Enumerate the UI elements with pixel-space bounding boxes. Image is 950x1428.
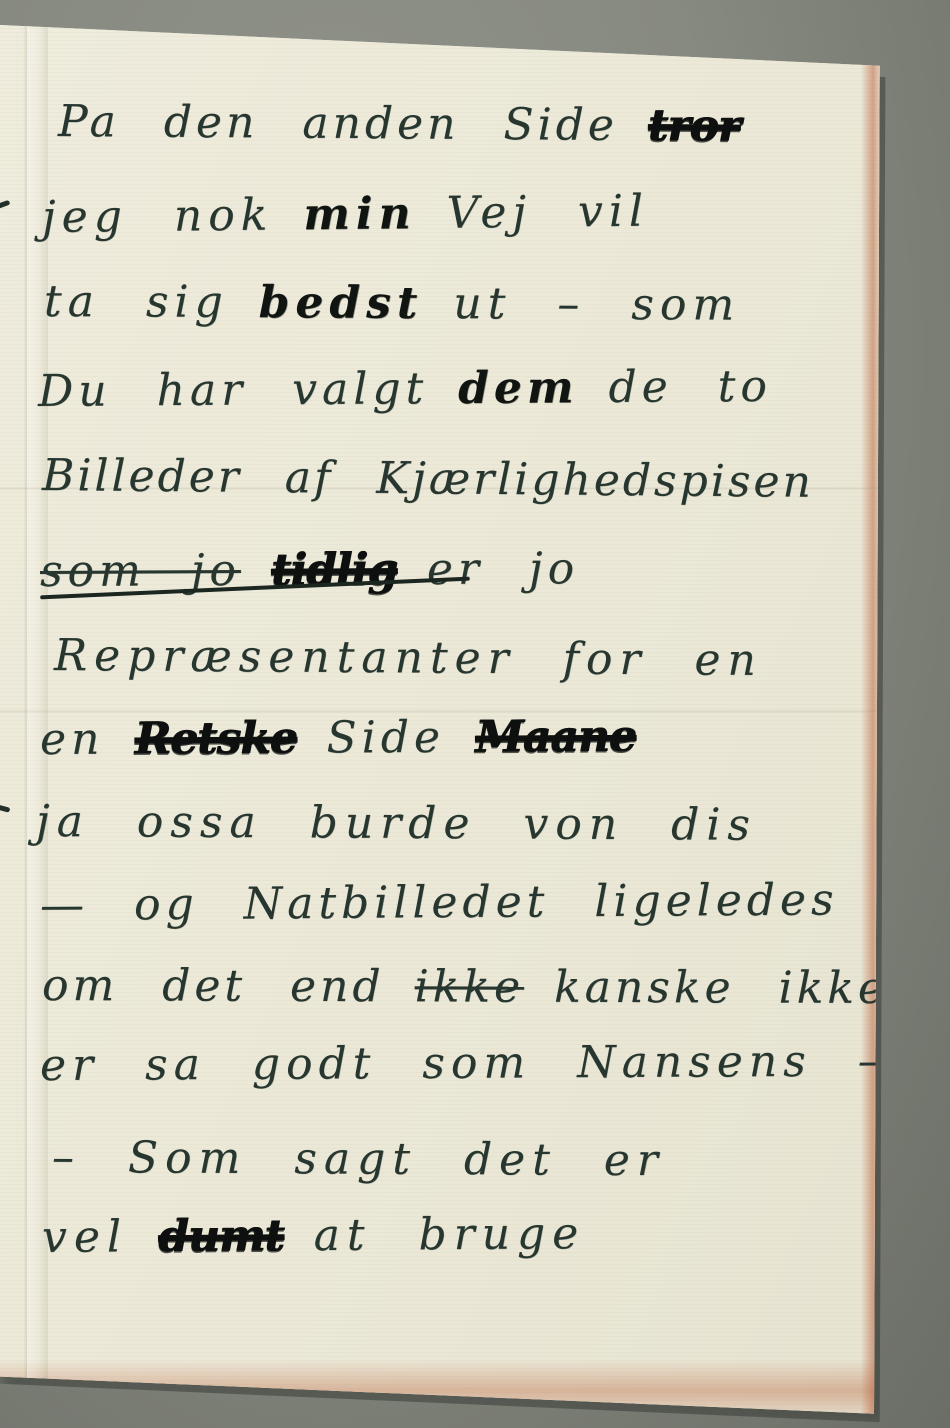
word-group: Vej vil (446, 186, 649, 239)
word-group: er sa godt som Nansens – (40, 1036, 886, 1091)
handwritten-line: er sa godt som Nansens – (40, 1036, 886, 1091)
stray-ink-mark (0, 804, 10, 812)
handwritten-line: Du har valgtdemde to (38, 361, 772, 417)
paper: Pa den anden Sidetrorjeg nokminVej vilta… (0, 0, 950, 1428)
word-group: ja ossa burde von dis (36, 796, 757, 851)
word-group: ta sig (44, 276, 229, 328)
handwritten-line: ta sigbedstut – som (44, 276, 740, 331)
scanned-letter-scene: Pa den anden Sidetrorjeg nokminVej vilta… (0, 0, 950, 1428)
word-group-scribble: tror (648, 100, 740, 152)
handwritten-line: — og Natbilledet ligeledes (40, 874, 839, 931)
word-group: kanske ikke (554, 962, 888, 1014)
handwritten-line: om det endikkekanske ikke (42, 960, 888, 1014)
word-group: Du har valgt (38, 363, 429, 417)
handwritten-line: Repræsentanter for en (54, 630, 763, 686)
word-group-struck: ikke (415, 961, 525, 1012)
word-group: – Som sagt det er (52, 1132, 665, 1186)
word-group-heavy: bedst (259, 277, 424, 329)
word-group: en (40, 714, 105, 765)
word-group-heavy: min (303, 188, 417, 240)
stray-ink-mark (0, 200, 10, 209)
word-group: — og Natbilledet ligeledes (40, 874, 839, 931)
handwritten-line: ja ossa burde von dis (36, 796, 757, 851)
handwritten-line: Pa den anden Sidetror (58, 96, 740, 152)
handwritten-line: som jotidliger jo (40, 543, 579, 597)
handwritten-line: – Som sagt det er (52, 1132, 665, 1186)
word-group-heavy: dem (458, 362, 579, 414)
word-group: Pa den anden Side (58, 96, 618, 151)
handwritten-line: jeg nokminVej vil (42, 186, 650, 243)
word-group-scribble: dumt (158, 1210, 284, 1262)
word-group: om det end (42, 960, 385, 1012)
word-group: Billeder af Kjærlighedspisen (42, 450, 814, 508)
word-group: ut – som (453, 278, 740, 331)
word-group: vel (42, 1211, 128, 1263)
word-group: at bruge (313, 1208, 585, 1261)
word-group: de to (608, 361, 772, 413)
handwritten-line: Billeder af Kjærlighedspisen (42, 450, 814, 508)
handwritten-line: veldumtat bruge (42, 1208, 586, 1263)
word-group: Side (326, 712, 445, 764)
word-group-scribble: Retske (134, 713, 296, 765)
word-group: jeg nok (42, 190, 274, 243)
word-group: Repræsentanter for en (54, 630, 763, 686)
word-group-scribble: Maane (475, 711, 636, 763)
handwritten-line: enRetskeSideMaane (40, 711, 636, 765)
word-group: er jo (427, 543, 579, 595)
